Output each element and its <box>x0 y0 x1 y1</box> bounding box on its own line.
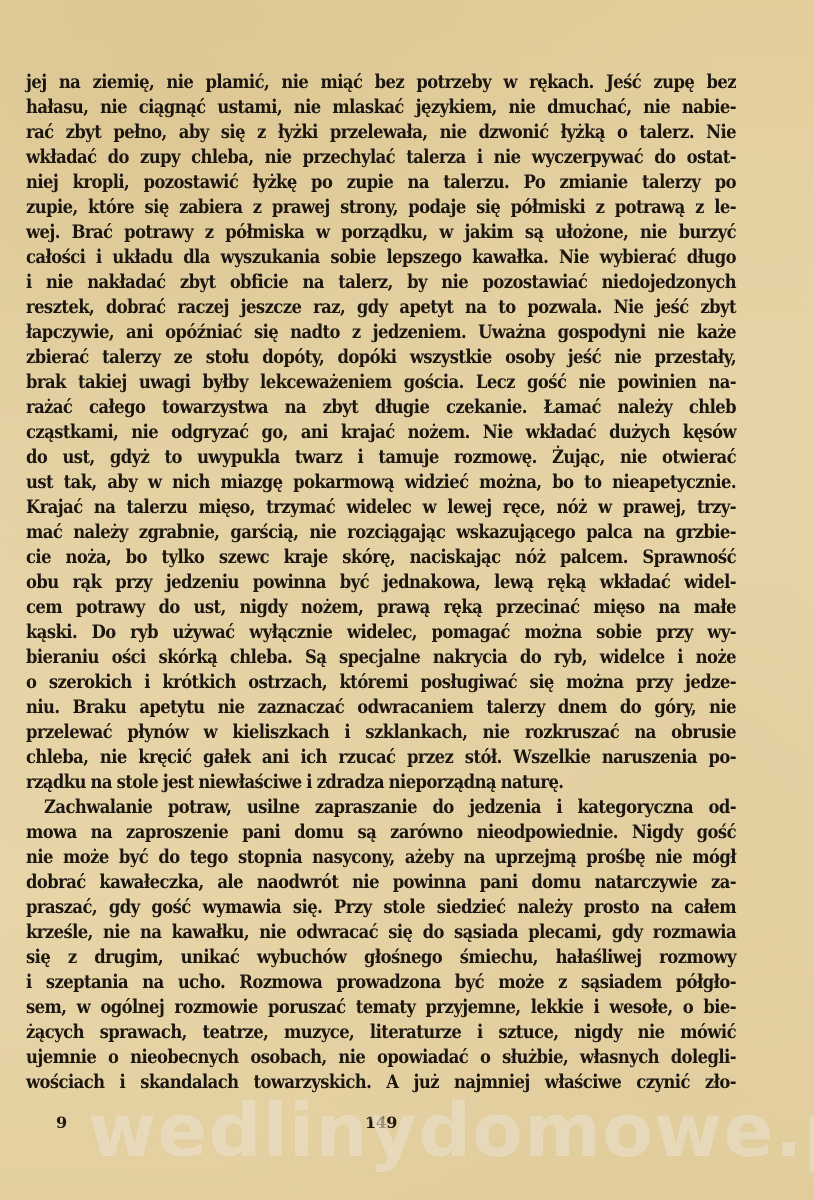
text-line: cie noża, bo tylko szewc kraje skórę, na… <box>26 545 736 570</box>
text-line: rażać całego towarzystwa na zbyt długie … <box>26 395 736 420</box>
text-line: wej. Brać potrawy z półmiska w porządku,… <box>26 220 736 245</box>
text-line: całości i układu dla wyszukania sobie le… <box>26 245 736 270</box>
text-line: Krajać na talerzu mięso, trzymać widelec… <box>26 495 736 520</box>
text-line: wościach i skandalach towarzyskich. A ju… <box>26 1070 736 1095</box>
book-page: jej na ziemię, nie plamić, nie miąć bez … <box>0 0 814 1200</box>
text-line: o szerokich i krótkich ostrzach, któremi… <box>26 670 736 695</box>
text-line: przelewać płynów w kieliszkach i szklank… <box>26 720 736 745</box>
text-line: niu. Braku apetytu nie zaznaczać odwraca… <box>26 695 736 720</box>
page-footer: 9 149 <box>0 1113 814 1143</box>
text-line: ujemnie o nieobecnych osobach, nie opowi… <box>26 1045 736 1070</box>
text-line: łapczywie, ani opóźniać się nadto z jedz… <box>26 320 736 345</box>
text-line: rać zbyt pełno, aby się z łyżki przelewa… <box>26 120 736 145</box>
text-line: resztek, dobrać raczej jeszcze raz, gdy … <box>26 295 736 320</box>
body-text: jej na ziemię, nie plamić, nie miąć bez … <box>26 70 736 1095</box>
text-line: chleba, nie kręcić gałek ani ich rzucać … <box>26 745 736 770</box>
text-line: obu rąk przy jedzeniu powinna być jednak… <box>26 570 736 595</box>
text-line: mać należy zgrabnie, garścią, nie rozcią… <box>26 520 736 545</box>
text-line: hałasu, nie ciągnąć ustami, nie mlaskać … <box>26 95 736 120</box>
text-line: jej na ziemię, nie plamić, nie miąć bez … <box>26 70 736 95</box>
text-line: zupie, które się zabiera z prawej strony… <box>26 195 736 220</box>
text-line: brak takiej uwagi byłby lekceważeniem go… <box>26 370 736 395</box>
paragraph-end-line: rządku na stole jest niewłaściwe i zdrad… <box>26 770 736 795</box>
text-line: cząstkami, nie odgryzać go, ani krajać n… <box>26 420 736 445</box>
text-line: wkładać do zupy chleba, nie przechylać t… <box>26 145 736 170</box>
text-line: cem potrawy do ust, nigdy nożem, prawą r… <box>26 595 736 620</box>
text-line: się z drugim, unikać wybuchów głośnego ś… <box>26 945 736 970</box>
text-line: nie może być do tego stopnia nasycony, a… <box>26 845 736 870</box>
text-line: zbierać talerzy ze stołu dopóty, dopóki … <box>26 345 736 370</box>
text-line: dobrać kawałeczka, ale naodwrót nie powi… <box>26 870 736 895</box>
text-line: praszać, gdy gość wymawia się. Przy stol… <box>26 895 736 920</box>
text-line: niej kropli, pozostawić łyżkę po zupie n… <box>26 170 736 195</box>
signature-mark: 9 <box>56 1113 67 1132</box>
text-line: mowa na zaproszenie pani domu są zarówno… <box>26 820 736 845</box>
page-number: 149 <box>365 1113 397 1132</box>
text-line: sem, w ogólnej rozmowie poruszać tematy … <box>26 995 736 1020</box>
text-line: i nie nakładać zbyt obficie na talerz, b… <box>26 270 736 295</box>
text-line: żących sprawach, teatrze, muzyce, litera… <box>26 1020 736 1045</box>
text-line: i szeptania na ucho. Rozmowa prowadzona … <box>26 970 736 995</box>
paragraph-start-line: Zachwalanie potraw, usilne zapraszanie d… <box>26 795 736 820</box>
text-line: bieraniu ości skórką chleba. Są specjaln… <box>26 645 736 670</box>
text-line: ust tak, aby w nich miazgę pokarmową wid… <box>26 470 736 495</box>
text-line: do ust, gdyż to uwypukla twarz i tamuje … <box>26 445 736 470</box>
text-line: kąski. Do ryb używać wyłącznie widelec, … <box>26 620 736 645</box>
text-line: krześle, nie na kawałku, nie odwracać si… <box>26 920 736 945</box>
